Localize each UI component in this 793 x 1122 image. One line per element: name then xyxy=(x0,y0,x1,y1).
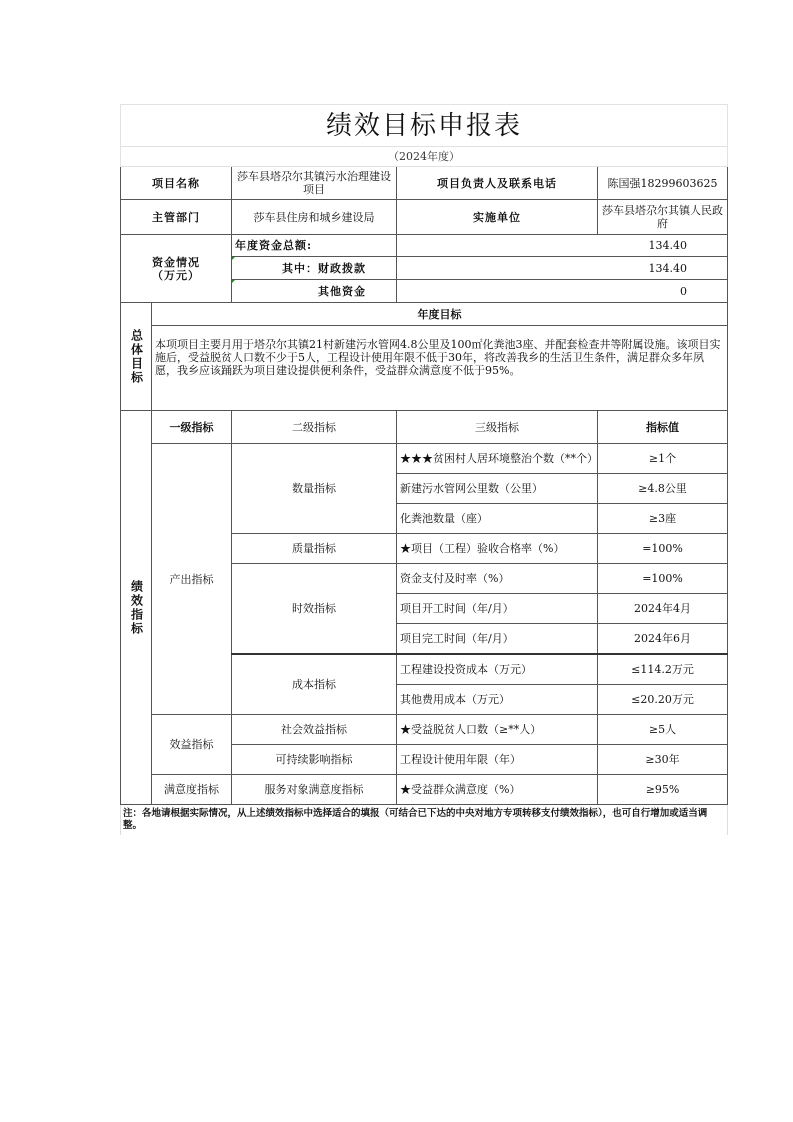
level2-quality: 质量指标 xyxy=(232,534,397,564)
level2-service-satisfaction: 服务对象满意度指标 xyxy=(232,775,397,805)
indicator-value: 2024年6月 xyxy=(598,624,728,655)
indicator-value: ≥95% xyxy=(598,775,728,805)
level3-item: 项目开工时间（年/月） xyxy=(397,594,598,624)
funds-fiscal-label: 其中：财政拨款 xyxy=(232,257,397,280)
indicator-value: ≤20.20万元 xyxy=(598,685,728,715)
level1-output: 产出指标 xyxy=(152,444,232,715)
dept-value: 莎车县住房和城乡建设局 xyxy=(232,200,397,235)
overall-goal-side-label: 总体目标 xyxy=(121,303,152,411)
indicators-side-label: 绩效指标 xyxy=(121,411,152,805)
level3-item: 资金支付及时率（%） xyxy=(397,564,598,594)
indicator-value: =100% xyxy=(598,564,728,594)
indicator-value: ≥3座 xyxy=(598,504,728,534)
level3-item: 工程建设投资成本（万元） xyxy=(397,654,598,685)
project-name-value: 莎车县塔尕尔其镇污水治理建设项目 xyxy=(232,167,397,200)
indicator-value: ≥1个 xyxy=(598,444,728,474)
indicator-value: =100% xyxy=(598,534,728,564)
dept-label: 主管部门 xyxy=(121,200,232,235)
header-level1: 一级指标 xyxy=(152,411,232,444)
level3-item: 项目完工时间（年/月） xyxy=(397,624,598,655)
header-level3: 三级指标 xyxy=(397,411,598,444)
level2-social-benefit: 社会效益指标 xyxy=(232,715,397,745)
funds-label: 资金情况（万元） xyxy=(121,235,232,303)
level2-cost: 成本指标 xyxy=(232,654,397,715)
indicator-value: ≥30年 xyxy=(598,745,728,775)
footnote: 注：各地请根据实际情况，从上述绩效指标中选择适合的填报（可结合已下达的中央对地方… xyxy=(121,805,728,836)
level3-item: ★★★贫困村人居环境整治个数（**个） xyxy=(397,444,598,474)
funds-total-value: 134.40 xyxy=(397,235,728,257)
funds-total-label: 年度资金总额: xyxy=(232,235,397,257)
level3-item: ★项目（工程）验收合格率（%） xyxy=(397,534,598,564)
indicator-value: ≤114.2万元 xyxy=(598,654,728,685)
annual-goal-header: 年度目标 xyxy=(152,303,728,326)
level3-item: 新建污水管网公里数（公里） xyxy=(397,474,598,504)
level1-satisfaction: 满意度指标 xyxy=(152,775,232,805)
performance-goal-form: 绩效目标申报表 （2024年度） 项目名称 莎车县塔尕尔其镇污水治理建设项目 项… xyxy=(120,104,727,835)
form-table: 绩效目标申报表 （2024年度） 项目名称 莎车县塔尕尔其镇污水治理建设项目 项… xyxy=(120,104,728,835)
level2-sustainability: 可持续影响指标 xyxy=(232,745,397,775)
level2-quantity: 数量指标 xyxy=(232,444,397,534)
project-manager-value: 陈国强18299603625 xyxy=(598,167,728,200)
level3-item: 工程设计使用年限（年） xyxy=(397,745,598,775)
indicator-value: ≥5人 xyxy=(598,715,728,745)
indicator-value: ≥4.8公里 xyxy=(598,474,728,504)
level3-item: 化粪池数量（座） xyxy=(397,504,598,534)
page-title: 绩效目标申报表 xyxy=(121,105,728,147)
impl-unit-label: 实施单位 xyxy=(397,200,598,235)
header-value: 指标值 xyxy=(598,411,728,444)
funds-other-value: 0 xyxy=(397,280,728,303)
level1-benefit: 效益指标 xyxy=(152,715,232,775)
header-level2: 二级指标 xyxy=(232,411,397,444)
level2-timeliness: 时效指标 xyxy=(232,564,397,655)
year-label: （2024年度） xyxy=(121,147,728,167)
level3-item: 其他费用成本（万元） xyxy=(397,685,598,715)
funds-fiscal-value: 134.40 xyxy=(397,257,728,280)
impl-unit-value: 莎车县塔尕尔其镇人民政府 xyxy=(598,200,728,235)
annual-goal-text: 本项项目主要月用于塔尕尔其镇21村新建污水管网4.8公里及100㎡化粪池3座、并… xyxy=(152,326,728,411)
level3-item: ★受益群众满意度（%） xyxy=(397,775,598,805)
funds-other-label: 其他资金 xyxy=(232,280,397,303)
project-name-label: 项目名称 xyxy=(121,167,232,200)
level3-item: ★受益脱贫人口数（≥**人） xyxy=(397,715,598,745)
indicator-value: 2024年4月 xyxy=(598,594,728,624)
project-manager-label: 项目负责人及联系电话 xyxy=(397,167,598,200)
